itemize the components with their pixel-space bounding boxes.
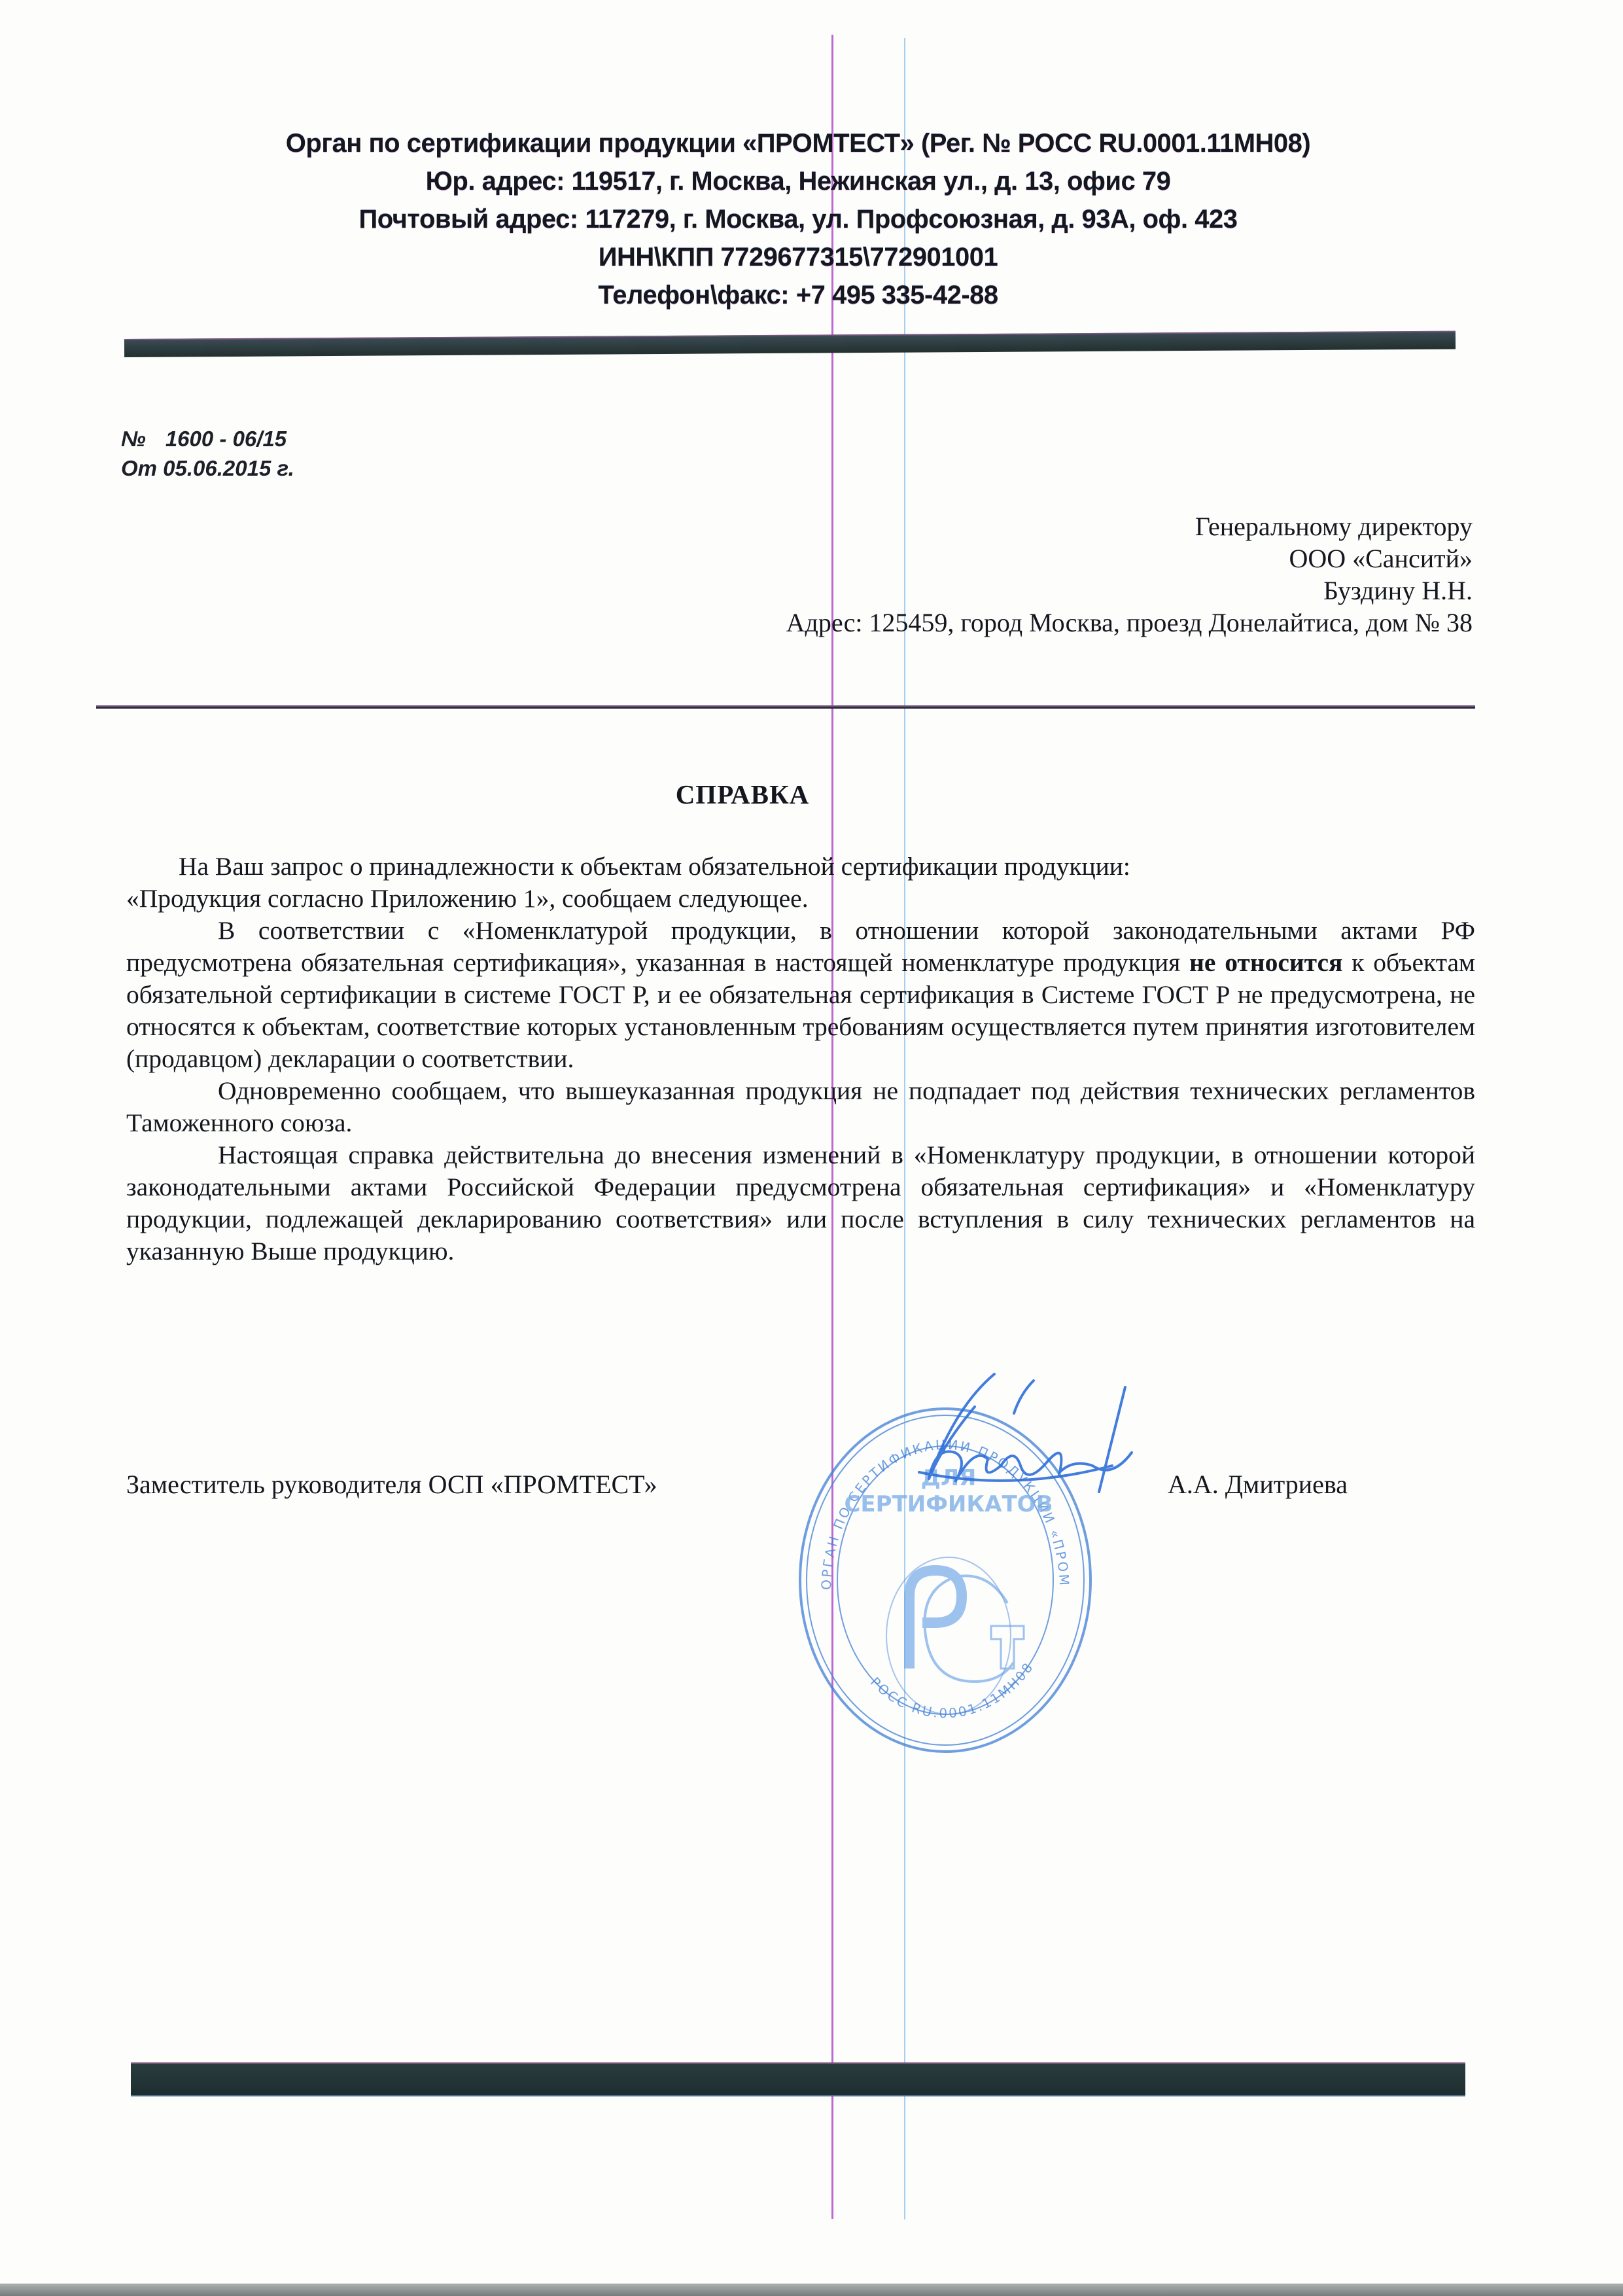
recipient-position: Генеральному директору [786,510,1473,542]
letterhead-postal-address: Почтовый адрес: 117279, г. Москва, ул. П… [118,200,1478,238]
handwritten-signature [916,1368,1151,1498]
paragraph-nomenclature: В соответствии с «Номенклатурой продукци… [126,915,1475,1075]
letterhead-phone-fax: Телефон\факс: +7 495 335-42-88 [118,276,1478,314]
reference-number-line: №1600 - 06/15 [121,424,294,453]
recipient-address: Адрес: 125459, город Москва, проезд Доне… [786,607,1473,639]
reference-block: №1600 - 06/15 От 05.06.2015 г. [121,424,294,483]
letterhead-legal-address: Юр. адрес: 119517, г. Москва, Нежинская … [118,162,1478,200]
paragraph-request-cont: «Продукция согласно Приложению 1», сообщ… [126,883,1475,915]
letterhead-divider-bar [124,331,1456,357]
letterhead-inn-kpp: ИНН\КПП 7729677315\772901001 [118,238,1478,276]
document-title: СПРАВКА [0,779,1485,810]
recipient-company: ООО «Санситй» [786,542,1473,574]
recipient-divider-rule [96,705,1475,709]
paragraph-customs-union: Одновременно сообщаем, что вышеуказанная… [126,1075,1475,1139]
paragraph-request: На Ваш запрос о принадлежности к объекта… [126,851,1475,883]
reference-number: 1600 - 06/15 [166,427,287,451]
footer-bar [131,2062,1465,2096]
letterhead: Орган по сертификации продукции «ПРОМТЕС… [118,124,1478,314]
signatory-name: А.А. Дмитриева [1168,1469,1348,1500]
document-body: На Ваш запрос о принадлежности к объекта… [126,851,1475,1267]
reference-date: От 05.06.2015 г. [121,453,294,483]
recipient-name: Буздину Н.Н. [786,574,1473,607]
paragraph-validity: Настоящая справка действительна до внесе… [126,1139,1475,1267]
emphasis-not-applicable: не относится [1189,948,1342,977]
recipient-block: Генеральному директору ООО «Санситй» Буз… [786,510,1473,639]
signatory-position: Заместитель руководителя ОСП «ПРОМТЕСТ» [126,1469,657,1500]
number-sign: № [121,427,146,451]
letterhead-org-name: Орган по сертификации продукции «ПРОМТЕС… [118,124,1478,162]
scan-edge-shadow [0,2284,1623,2296]
